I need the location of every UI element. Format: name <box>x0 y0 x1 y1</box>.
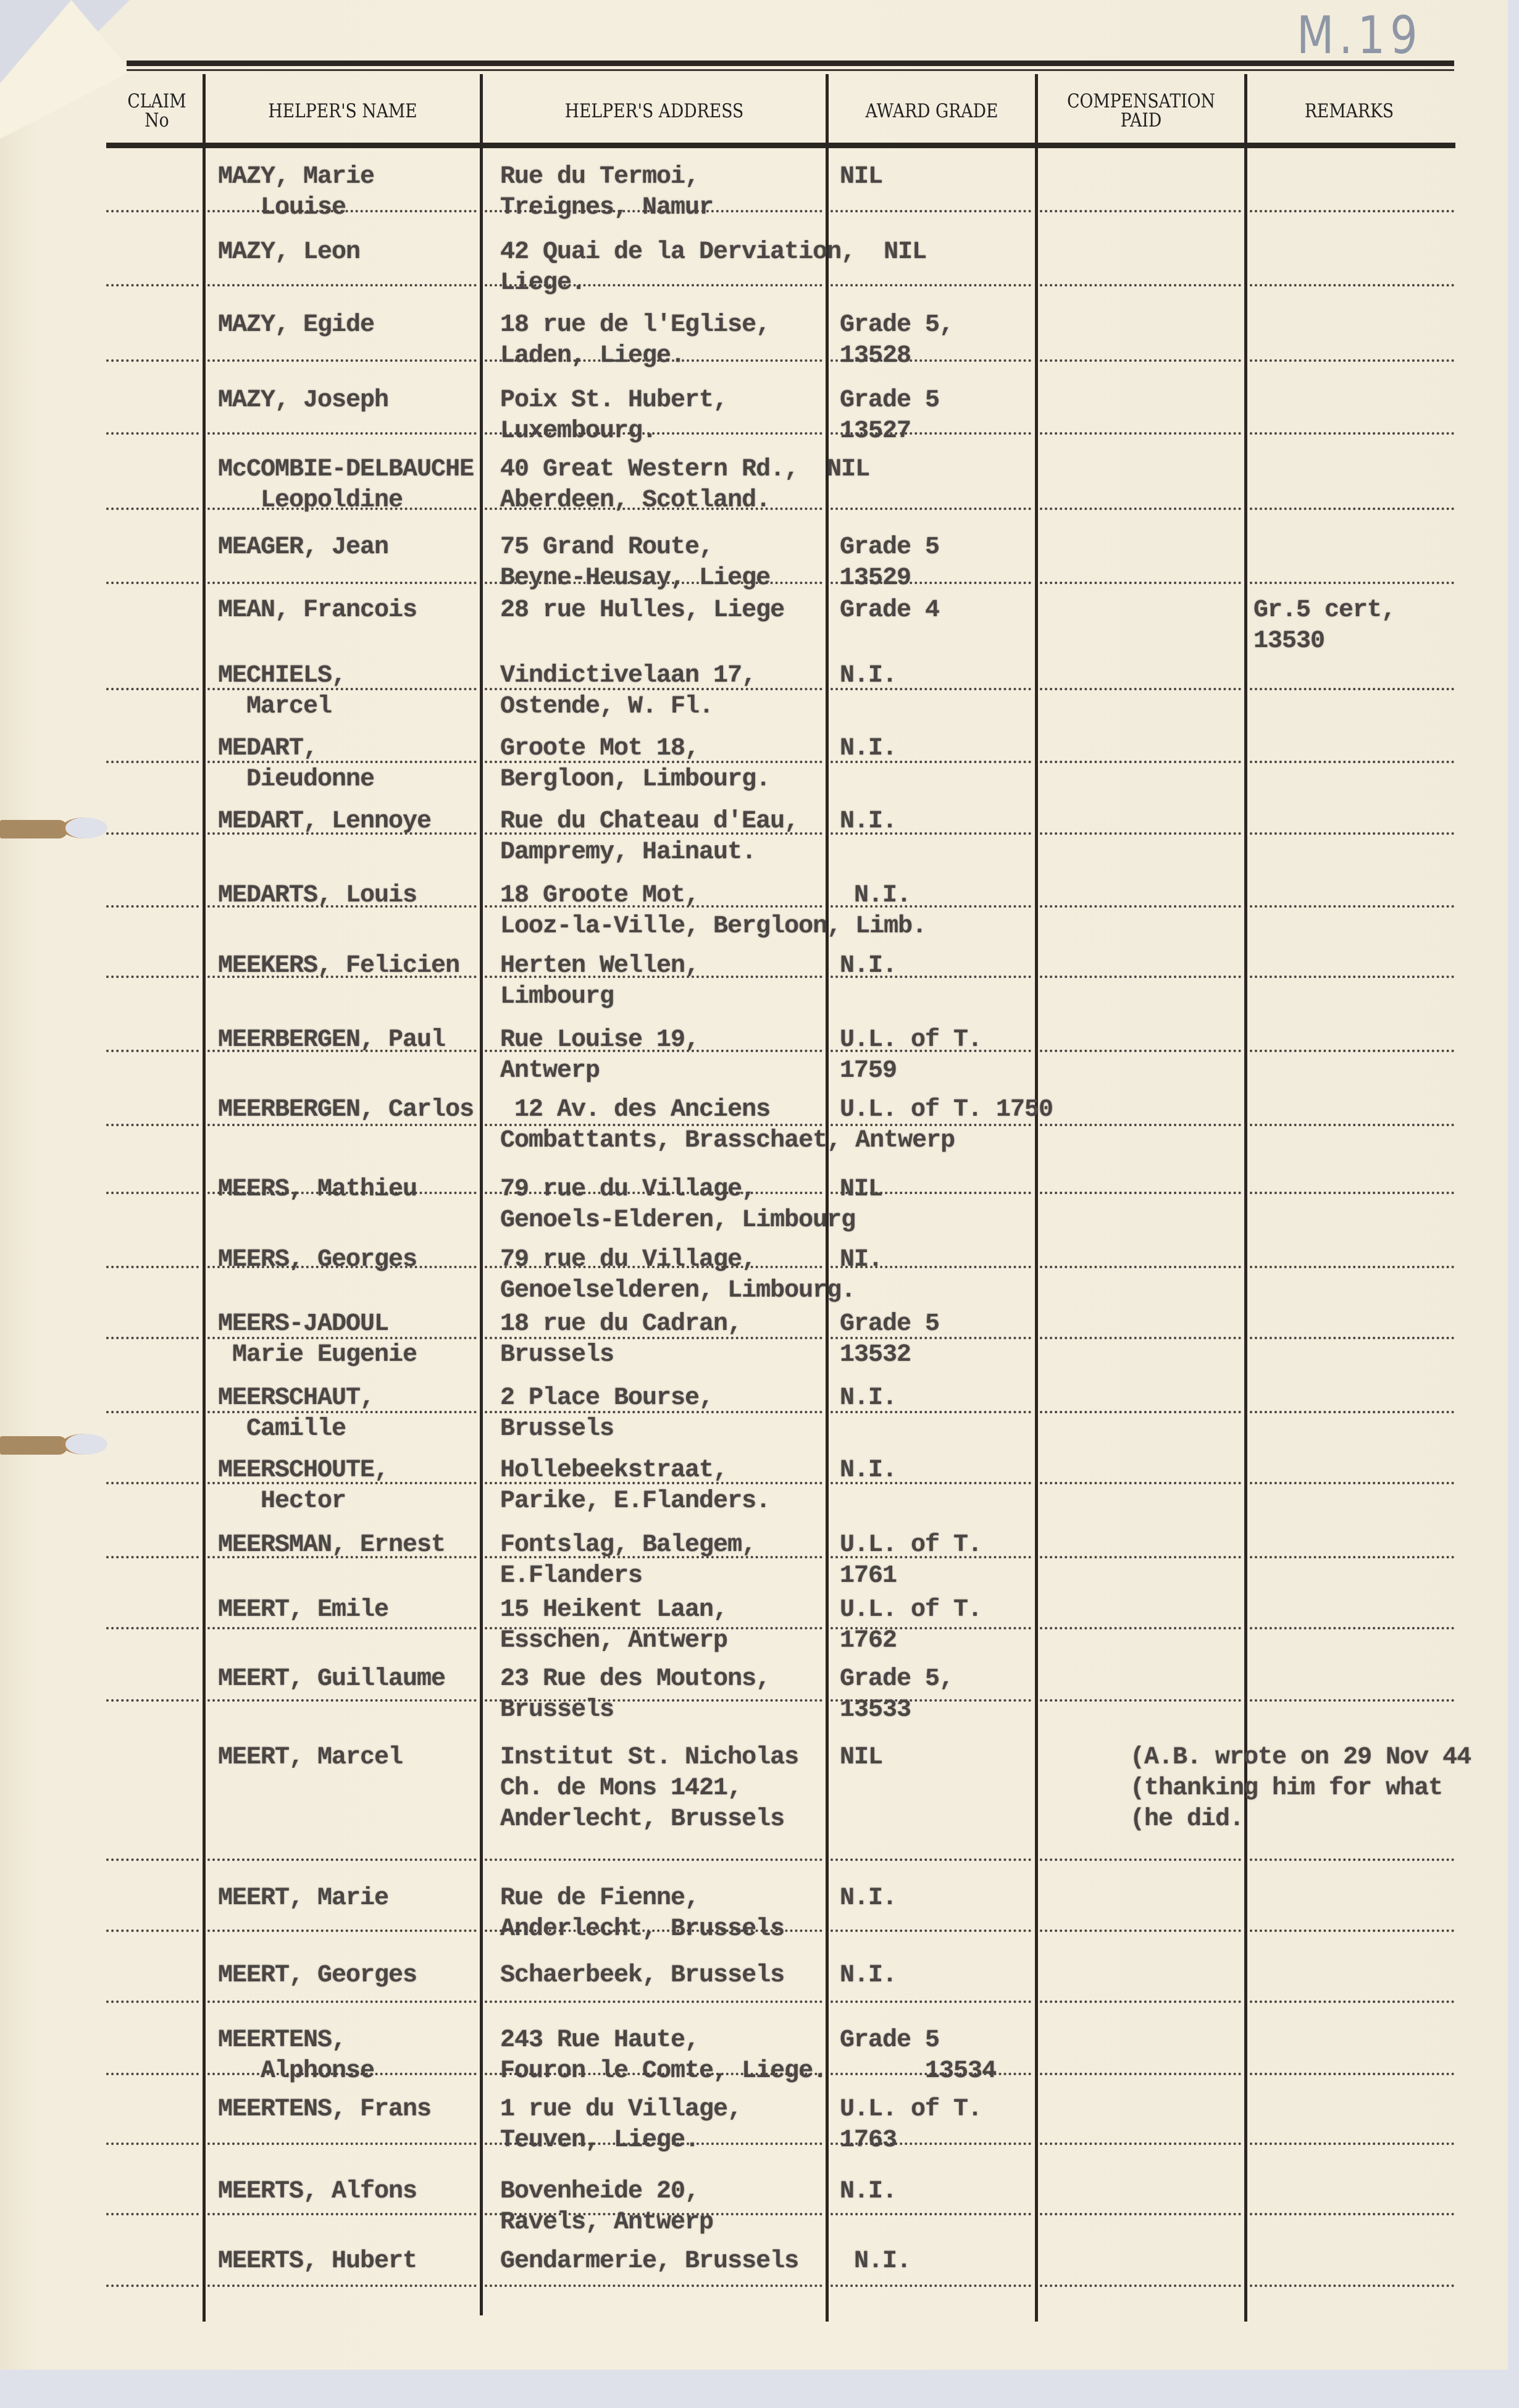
helper-name-cell: MEERT, Georges <box>218 1960 417 1991</box>
award-grade-cell: N.I. <box>840 1383 897 1414</box>
row-separator <box>106 761 199 763</box>
row-separator <box>1250 2000 1454 2003</box>
helper-name-cell: MEERTS, Alfons <box>218 2176 417 2207</box>
row-separator <box>1250 1411 1454 1413</box>
row-separator <box>1040 582 1241 584</box>
row-separator <box>106 1858 199 1861</box>
row-separator <box>106 1192 199 1194</box>
helper-name-cell: MEAGER, Jean <box>218 532 388 563</box>
helper-name-cell: MAZY, Egide <box>218 310 374 341</box>
helper-address-cell: 79 rue du Village, Genoelselderen, Limbo… <box>500 1245 855 1306</box>
row-separator <box>485 2285 822 2287</box>
helper-address-cell: 42 Quai de la Derviation, NIL Liege. <box>500 237 926 299</box>
award-grade-cell: N.I. <box>840 734 897 764</box>
row-separator <box>485 2000 822 2003</box>
row-separator <box>831 1858 1031 1861</box>
header-helper-name: HELPER'S NAME <box>225 77 461 145</box>
helper-address-cell: Hollebeekstraat, Parike, E.Flanders. <box>500 1455 770 1517</box>
helper-name-cell: MEERS, Mathieu <box>218 1174 417 1205</box>
row-separator <box>106 2073 199 2075</box>
award-grade-cell: Grade 5, 13528 <box>840 310 953 372</box>
row-separator <box>1250 1929 1454 1932</box>
row-separator <box>1040 1337 1241 1339</box>
row-separator <box>1040 1124 1241 1126</box>
row-separator <box>831 2000 1031 2003</box>
row-separator <box>207 1627 477 1629</box>
award-grade-cell: N.I. <box>840 2176 897 2207</box>
row-separator <box>1250 1858 1454 1861</box>
award-grade-cell: Grade 5 13527 <box>840 385 939 447</box>
top-rule-thick <box>127 61 1454 66</box>
helper-name-cell: MEDART, Lennoye <box>218 806 431 837</box>
row-separator <box>1250 284 1454 286</box>
award-grade-cell: N.I. <box>840 1960 897 1991</box>
row-separator <box>1250 2143 1454 2145</box>
row-separator <box>1250 210 1454 212</box>
row-separator <box>106 284 199 286</box>
row-separator <box>106 1482 199 1484</box>
row-separator <box>831 210 1031 212</box>
header-compensation-paid: COMPENSATION PAID <box>1052 77 1229 145</box>
row-separator <box>106 210 199 212</box>
helper-name-cell: MEERSMAN, Ernest <box>218 1530 445 1561</box>
row-separator <box>106 1266 199 1268</box>
helper-address-cell: Rue de Fienne, Anderlecht, Brussels <box>500 1883 784 1945</box>
row-separator <box>831 1929 1031 1932</box>
row-separator <box>106 1556 199 1558</box>
row-separator <box>1040 1858 1241 1861</box>
row-separator <box>1040 1266 1241 1268</box>
row-separator <box>106 976 199 978</box>
helper-name-cell: MEERSCHAUT, Camille <box>218 1383 374 1445</box>
award-grade-cell: U.L. of T. 1762 <box>840 1595 982 1657</box>
row-separator <box>106 2285 199 2287</box>
row-separator <box>106 1699 199 1702</box>
row-separator <box>1040 508 1241 510</box>
row-separator <box>1250 432 1454 435</box>
document-page: M.19 CLAIM No HELPER'S NAME HELPER'S ADD… <box>0 0 1508 2370</box>
row-separator <box>1040 2000 1241 2003</box>
row-separator <box>1250 761 1454 763</box>
row-separator <box>1040 359 1241 362</box>
row-separator <box>831 2285 1031 2287</box>
helper-name-cell: MAZY, Leon <box>218 237 360 268</box>
helper-address-cell: 18 rue de l'Eglise, Laden, Liege. <box>500 310 770 372</box>
row-separator <box>1040 1482 1241 1484</box>
helper-address-cell: 40 Great Western Rd., NIL Aberdeen, Scot… <box>500 454 869 516</box>
row-separator <box>106 1929 199 1932</box>
row-separator <box>207 359 477 362</box>
helper-address-cell: 23 Rue des Moutons, Brussels <box>500 1664 770 1726</box>
helper-address-cell: Institut St. Nicholas Ch. de Mons 1421, … <box>500 1742 798 1835</box>
row-separator <box>1250 688 1454 690</box>
row-separator <box>1250 1699 1454 1702</box>
row-separator <box>106 359 199 362</box>
award-grade-cell: N.I. <box>840 661 897 692</box>
award-grade-cell: NIL <box>840 162 882 193</box>
award-grade-cell: NIL <box>840 1174 882 1205</box>
row-separator <box>106 832 199 835</box>
row-separator <box>1040 210 1241 212</box>
column-divider-1 <box>203 74 206 2322</box>
helper-name-cell: MEERTENS, Alphonse <box>218 2025 374 2087</box>
helper-address-cell: Rue du Chateau d'Eau, Dampremy, Hainaut. <box>500 806 798 868</box>
row-separator <box>1040 1627 1241 1629</box>
helper-address-cell: Groote Mot 18, Bergloon, Limbourg. <box>500 734 770 795</box>
award-grade-cell: U.L. of T. 1759 <box>840 1025 982 1087</box>
helper-address-cell: 1 rue du Village, Teuven, Liege. <box>500 2094 742 2156</box>
row-separator <box>1250 832 1454 835</box>
row-separator <box>1040 976 1241 978</box>
row-separator <box>207 2285 477 2287</box>
row-separator <box>207 2213 477 2215</box>
helper-address-cell: Fontslag, Balegem, E.Flanders <box>500 1530 756 1592</box>
remarks-cell: Gr.5 cert, 13530 <box>1253 595 1396 657</box>
helper-name-cell: MEERT, Marie <box>218 1883 388 1914</box>
row-separator <box>207 2000 477 2003</box>
award-grade-cell: N.I. <box>840 2246 911 2277</box>
remarks-cell: (A.B. wrote on 29 Nov 44 (thanking him f… <box>1130 1742 1471 1835</box>
helper-address-cell: Vindictivelaan 17, Ostende, W. Fl. <box>500 661 756 722</box>
helper-name-cell: MECHIELS, Marcel <box>218 661 346 722</box>
row-separator <box>1040 688 1241 690</box>
row-separator <box>1040 905 1241 908</box>
row-separator <box>1250 1556 1454 1558</box>
column-divider-4 <box>1035 74 1038 2322</box>
award-grade-cell: Grade 5 13532 <box>840 1309 939 1371</box>
helper-address-cell: 79 rue du Village, Genoels-Elderen, Limb… <box>500 1174 855 1236</box>
helper-address-cell: Herten Wellen, Limbourg <box>500 951 699 1013</box>
helper-name-cell: McCOMBIE-DELBAUCHE Leopoldine <box>218 454 474 516</box>
row-separator <box>207 2143 477 2145</box>
helper-address-cell: Poix St. Hubert, Luxembourg. <box>500 385 727 447</box>
helper-name-cell: MEERSCHOUTE, Hector <box>218 1455 388 1517</box>
award-grade-cell: Grade 5 13529 <box>840 532 939 594</box>
row-separator <box>106 1627 199 1629</box>
row-separator <box>1250 582 1454 584</box>
award-grade-cell: N.I. <box>840 1883 897 1914</box>
row-separator <box>1250 359 1454 362</box>
column-divider-5 <box>1244 74 1247 2322</box>
helper-address-cell: 18 rue du Cadran, Brussels <box>500 1309 742 1371</box>
helper-address-cell: 28 rue Hulles, Liege <box>500 595 784 626</box>
header-remarks: REMARKS <box>1262 77 1437 145</box>
row-separator <box>831 2213 1031 2215</box>
helper-name-cell: MEERTENS, Frans <box>218 2094 431 2125</box>
row-separator <box>485 1858 822 1861</box>
award-grade-cell: N.I. <box>840 806 897 837</box>
row-separator <box>207 1699 477 1702</box>
helper-name-cell: MEERTS, Hubert <box>218 2246 417 2277</box>
binding-tear-top <box>0 816 105 841</box>
award-grade-cell: N.I. <box>840 880 911 911</box>
helper-name-cell: MEERT, Guillaume <box>218 1664 445 1695</box>
helper-address-cell: 75 Grand Route, Beyne-Heusay, Liege <box>500 532 770 594</box>
helper-name-cell: MAZY, Joseph <box>218 385 388 416</box>
row-separator <box>207 582 477 584</box>
helper-address-cell: Gendarmerie, Brussels <box>500 2246 798 2277</box>
row-separator <box>207 1858 477 1861</box>
row-separator <box>207 432 477 435</box>
row-separator <box>207 284 477 286</box>
helper-name-cell: MEAN, Francois <box>218 595 417 626</box>
award-grade-cell: U.L. of T. 1750 <box>840 1095 1053 1126</box>
row-separator <box>1040 1699 1241 1702</box>
award-grade-cell: N.I. <box>840 951 897 982</box>
row-separator <box>1250 1266 1454 1268</box>
row-separator <box>1250 976 1454 978</box>
row-separator <box>106 1337 199 1339</box>
row-separator <box>1040 432 1241 435</box>
binding-tear-bottom <box>0 1432 105 1457</box>
helper-name-cell: MEDART, Dieudonne <box>218 734 374 795</box>
row-separator <box>1250 1192 1454 1194</box>
row-separator <box>1040 2143 1241 2145</box>
helper-address-cell: 2 Place Bourse, Brussels <box>500 1383 713 1445</box>
row-separator <box>207 1929 477 1932</box>
row-separator <box>1040 1192 1241 1194</box>
helper-address-cell: 243 Rue Haute, Fouron le Comte, Liege. <box>500 2025 827 2087</box>
helper-name-cell: MAZY, Marie Louise <box>218 162 374 224</box>
row-separator <box>106 508 199 510</box>
row-separator <box>106 2000 199 2003</box>
row-separator <box>1250 2073 1454 2075</box>
award-grade-cell: U.L. of T. 1761 <box>840 1530 982 1592</box>
award-grade-cell: Grade 4 <box>840 595 939 626</box>
helper-name-cell: MEERT, Emile <box>218 1595 388 1626</box>
top-rule-thin <box>127 69 1454 71</box>
award-grade-cell: NI. <box>840 1245 882 1276</box>
row-separator <box>1250 1482 1454 1484</box>
helper-address-cell: Bovenheide 20, Ravels, Antwerp <box>500 2176 713 2238</box>
reference-mark: M.19 <box>1297 5 1423 65</box>
row-separator <box>1040 2285 1241 2287</box>
row-separator <box>1040 761 1241 763</box>
row-separator <box>106 1124 199 1126</box>
helper-name-cell: MEEKERS, Felicien <box>218 951 459 982</box>
award-grade-cell: U.L. of T. 1763 <box>840 2094 982 2156</box>
row-separator <box>1040 832 1241 835</box>
helper-name-cell: MEDARTS, Louis <box>218 880 417 911</box>
header-claim-no: CLAIM No <box>117 77 196 145</box>
row-separator <box>1040 2073 1241 2075</box>
row-separator <box>1250 905 1454 908</box>
row-separator <box>106 582 199 584</box>
award-grade-cell: N.I. <box>840 1455 897 1486</box>
helper-address-cell: Schaerbeek, Brussels <box>500 1960 784 1991</box>
helper-name-cell: MEERBERGEN, Paul <box>218 1025 445 1056</box>
row-separator <box>1250 2213 1454 2215</box>
row-separator <box>1040 1411 1241 1413</box>
row-separator <box>106 2213 199 2215</box>
row-separator <box>1040 1929 1241 1932</box>
header-award-grade: AWARD GRADE <box>843 77 1020 145</box>
row-separator <box>1250 1050 1454 1052</box>
row-separator <box>1040 2213 1241 2215</box>
award-grade-cell: NIL <box>840 1742 882 1773</box>
row-separator <box>1040 1556 1241 1558</box>
column-divider-2 <box>480 74 483 2315</box>
helper-address-cell: Rue Louise 19, Antwerp <box>500 1025 699 1087</box>
row-separator <box>106 905 199 908</box>
award-grade-cell: Grade 5, 13533 <box>840 1664 953 1726</box>
helper-name-cell: MEERS, Georges <box>218 1245 417 1276</box>
row-separator <box>1250 1627 1454 1629</box>
row-separator <box>106 1411 199 1413</box>
award-grade-cell: Grade 5 13534 <box>840 2025 996 2087</box>
row-separator <box>106 432 199 435</box>
header-helper-address: HELPER'S ADDRESS <box>507 77 801 145</box>
helper-name-cell: MEERT, Marcel <box>218 1742 403 1773</box>
row-separator <box>1250 508 1454 510</box>
row-separator <box>1040 284 1241 286</box>
row-separator <box>106 688 199 690</box>
row-separator <box>1250 1124 1454 1126</box>
row-separator <box>106 1050 199 1052</box>
row-separator <box>1250 1337 1454 1339</box>
helper-name-cell: MEERBERGEN, Carlos <box>218 1095 474 1126</box>
row-separator <box>1250 2285 1454 2287</box>
row-separator <box>106 2143 199 2145</box>
helper-address-cell: Rue du Termoi, Treignes, Namur <box>500 162 713 224</box>
helper-name-cell: MEERS-JADOUL Marie Eugenie <box>218 1309 417 1371</box>
helper-address-cell: 15 Heikent Laan, Esschen, Antwerp <box>500 1595 727 1657</box>
row-separator <box>1040 1050 1241 1052</box>
